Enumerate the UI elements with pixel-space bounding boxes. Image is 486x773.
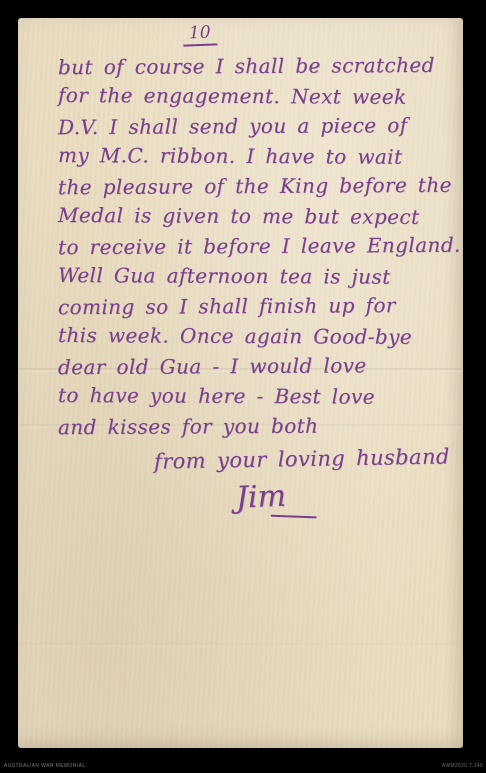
signature-block: Jim [235, 477, 326, 519]
letter-line: this week. Once again Good-bye [58, 320, 451, 352]
archive-photo-frame: 10 but of course I shall be scratched fo… [0, 0, 486, 773]
letter-line: Well Gua afternoon tea is just [58, 260, 451, 292]
paper-fold-crease [18, 643, 463, 647]
letter-line: for the engagement. Next week [58, 80, 451, 112]
signature: Jim [235, 477, 326, 515]
letter-line: to receive it before I leave England. [58, 230, 451, 262]
letter-line: and kisses for you both [58, 410, 451, 442]
letter-line: D.V. I shall send you a piece of [58, 110, 451, 142]
letter-line: but of course I shall be scratched [58, 50, 451, 82]
letter-line: the pleasure of the King before the [58, 170, 451, 202]
letter-line: dear old Gua - I would love [58, 350, 451, 382]
closing-line: from your loving husband [154, 444, 451, 473]
signature-flourish [271, 515, 317, 519]
page-number: 10 [183, 22, 217, 46]
archive-label-right: AWM2020.7.149 [442, 763, 483, 769]
letter-line: my M.C. ribbon. I have to wait [58, 140, 451, 172]
archive-label-left: AUSTRALIAN WAR MEMORIAL [4, 763, 86, 769]
letter-line: coming so I shall finish up for [58, 290, 451, 322]
letter-body: but of course I shall be scratched for t… [58, 51, 451, 518]
letter-line: to have you here - Best love [58, 380, 451, 412]
letter-paper: 10 but of course I shall be scratched fo… [18, 18, 463, 748]
letter-line: Medal is given to me but expect [58, 200, 451, 232]
